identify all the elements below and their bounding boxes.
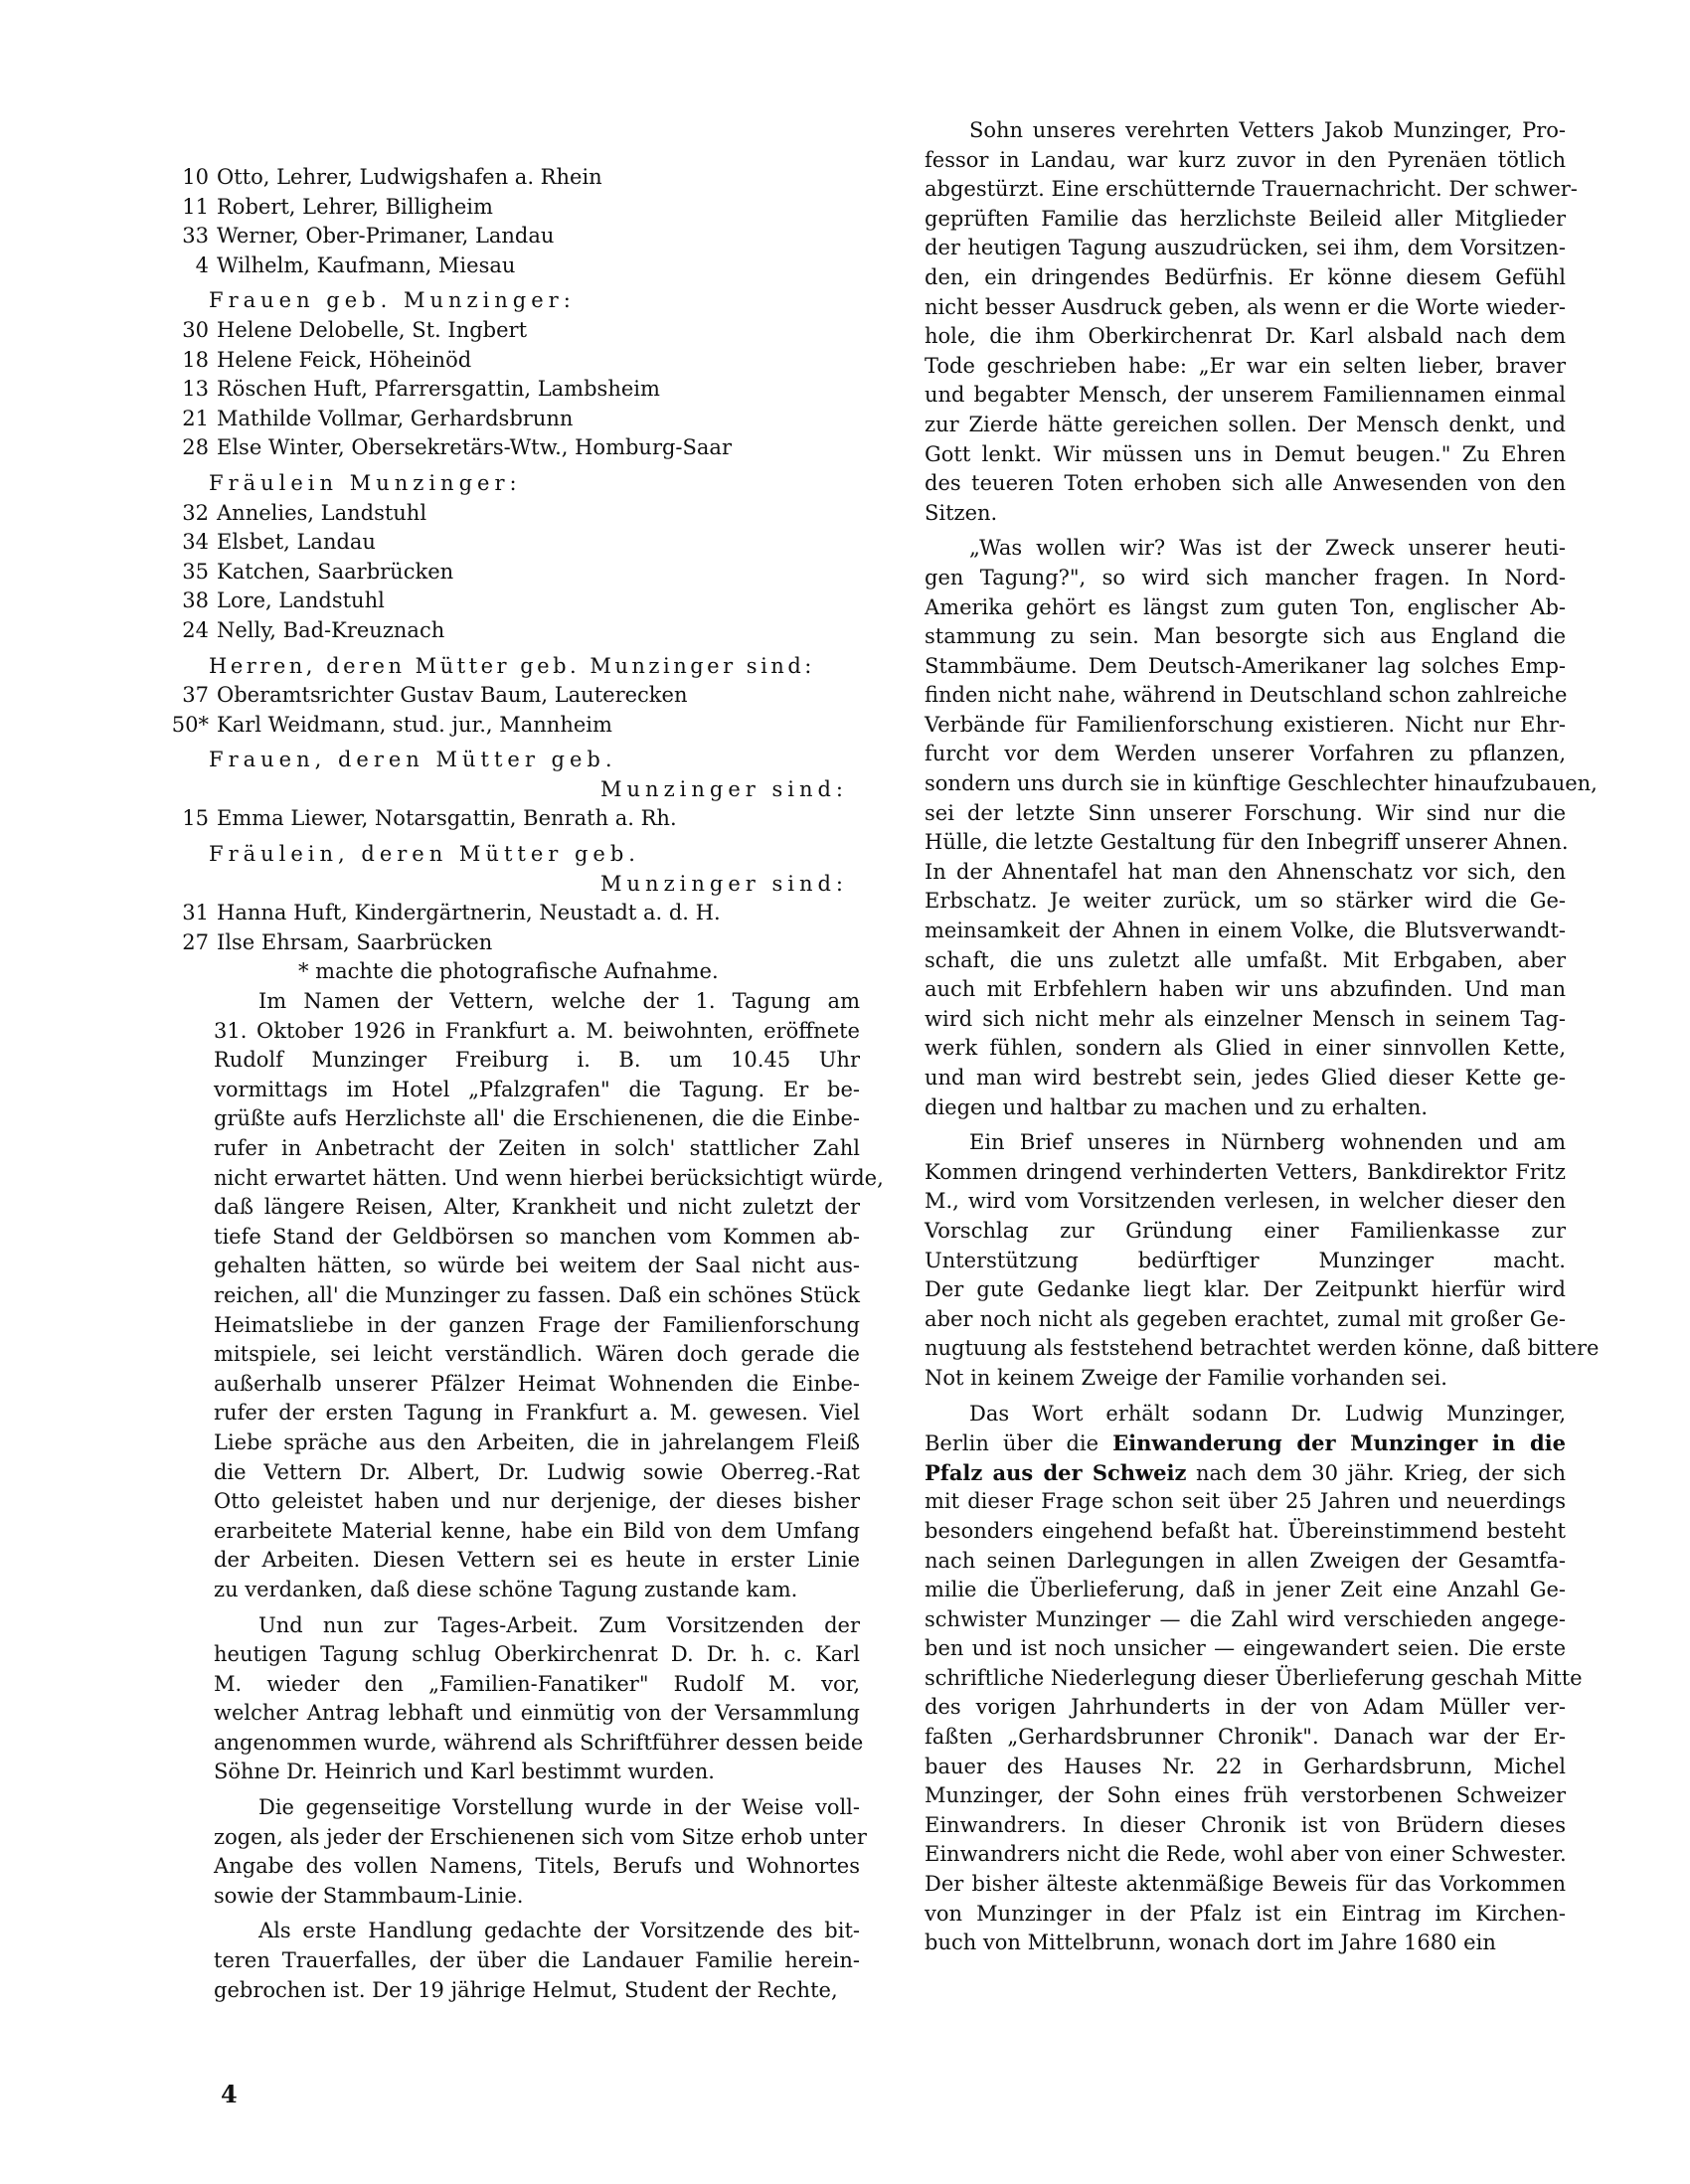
entry-number: 18 — [159, 346, 217, 376]
text-line: erarbeitete Material kenne, habe ein Bil… — [214, 1517, 860, 1547]
entry-number: 37 — [159, 681, 217, 711]
text-line: Tode geschrieben habe: „Er war ein selte… — [925, 352, 1566, 382]
text-line: welcher Antrag lebhaft und einmütig von … — [214, 1699, 860, 1729]
entry-text: Karl Weidmann, stud. jur., Mannheim — [217, 711, 860, 741]
text-line: schwister Munzinger — die Zahl wird vers… — [925, 1605, 1566, 1635]
entry-text: Werner, Ober-Primaner, Landau — [217, 222, 860, 252]
entry-number: 11 — [159, 193, 217, 223]
paragraph: Sohn unseres verehrten Vetters Jakob Mun… — [925, 116, 1566, 528]
text-line: vormittags im Hotel „Pfalzgrafen" die Ta… — [214, 1076, 860, 1105]
text-line: wird sich nicht mehr als einzelner Mensc… — [925, 1005, 1566, 1035]
text-line: rufer der ersten Tagung in Frankfurt a. … — [214, 1399, 860, 1428]
text-line: Die gegenseitige Vorstellung wurde in de… — [214, 1793, 860, 1823]
list-item: 50*Karl Weidmann, stud. jur., Mannheim — [159, 711, 860, 741]
text-line: zu verdanken, daß diese schöne Tagung zu… — [214, 1576, 860, 1605]
list-item: 4Wilhelm, Kaufmann, Miesau — [159, 252, 860, 281]
heading-frauen-muetter-cont: Munzinger sind: — [159, 775, 860, 805]
heading-herren: Herren, deren Mütter geb. Munzinger sind… — [159, 652, 860, 682]
member-list-daughters-women: 15Emma Liewer, Notarsgattin, Benrath a. … — [159, 804, 860, 834]
member-list-misses: 32Annelies, Landstuhl34Elsbet, Landau35K… — [159, 499, 860, 646]
paragraph: Das Wort erhält sodann Dr. Ludwig Munzin… — [925, 1400, 1566, 1958]
text-line: fessor in Landau, war kurz zuvor in den … — [925, 146, 1566, 176]
left-column: 10Otto, Lehrer, Ludwigshafen a. Rhein11R… — [159, 163, 860, 2005]
text-line: „Was wollen wir? Was ist der Zweck unser… — [925, 534, 1566, 564]
text-line: finden nicht nahe, während in Deutschlan… — [925, 681, 1566, 711]
entry-text: Hanna Huft, Kindergärtnerin, Neustadt a.… — [217, 899, 860, 928]
text-line: grüßte aufs Herzlichste all' die Erschie… — [214, 1104, 860, 1134]
entry-number: 27 — [159, 928, 217, 958]
text-line: Ein Brief unseres in Nürnberg wohnenden … — [925, 1128, 1566, 1158]
text-line: nicht erwartet hätten. Und wenn hierbei … — [214, 1164, 860, 1194]
text-line: Heimatsliebe in der ganzen Frage der Fam… — [214, 1311, 860, 1341]
entry-text: Emma Liewer, Notarsgattin, Benrath a. Rh… — [217, 804, 860, 834]
text-line: heutigen Tagung schlug Oberkirchenrat D.… — [214, 1640, 860, 1670]
text-line: Munzinger, der Sohn eines früh verstorbe… — [925, 1781, 1566, 1811]
list-item: 31Hanna Huft, Kindergärtnerin, Neustadt … — [159, 899, 860, 928]
paragraph: Im Namen der Vettern, welche der 1. Tagu… — [214, 987, 860, 1604]
text-line: Und nun zur Tages-Arbeit. Zum Vorsitzend… — [214, 1611, 860, 1641]
entry-number: 50* — [159, 711, 217, 741]
text-line: furcht vor dem Werden unserer Vorfahren … — [925, 740, 1566, 769]
text-line: Verbände für Familienforschung existiere… — [925, 711, 1566, 741]
text-line: angenommen wurde, während als Schriftfüh… — [214, 1729, 860, 1759]
entry-number: 33 — [159, 222, 217, 252]
entry-text: Otto, Lehrer, Ludwigshafen a. Rhein — [217, 163, 860, 193]
entry-text: Helene Delobelle, St. Ingbert — [217, 316, 860, 346]
text-line: aber noch nicht als gegeben erachtet, zu… — [925, 1305, 1566, 1335]
text-line: Im Namen der Vettern, welche der 1. Tagu… — [214, 987, 860, 1017]
text-line: gen Tagung?", so wird sich mancher frage… — [925, 564, 1566, 593]
text-line: nugtuung als feststehend betrachtet werd… — [925, 1334, 1566, 1364]
text-line: Pfalz aus der Schweiz nach dem 30 jähr. … — [925, 1458, 1566, 1488]
entry-number: 30 — [159, 316, 217, 346]
text-line: Otto geleistet haben und nur derjenige, … — [214, 1487, 860, 1517]
entry-number: 21 — [159, 405, 217, 434]
text-line: teren Trauerfalles, der über die Landaue… — [214, 1946, 860, 1976]
text-line: Vorschlag zur Gründung einer Familienkas… — [925, 1217, 1566, 1247]
text-line: Not in keinem Zweige der Familie vorhand… — [925, 1364, 1566, 1394]
entry-text: Nelly, Bad-Kreuznach — [217, 616, 860, 646]
text-line: sei der letzte Sinn unserer Forschung. W… — [925, 799, 1566, 829]
text-line: schaft, die uns zuletzt alle umfaßt. Mit… — [925, 946, 1566, 976]
paragraph: Als erste Handlung gedachte der Vorsitze… — [214, 1917, 860, 2005]
heading-frauen: Frauen geb. Munzinger: — [159, 286, 860, 316]
paragraph: Und nun zur Tages-Arbeit. Zum Vorsitzend… — [214, 1611, 860, 1788]
text-line: die Vettern Dr. Albert, Dr. Ludwig sowie… — [214, 1458, 860, 1488]
text-line: Söhne Dr. Heinrich und Karl bestimmt wur… — [214, 1758, 860, 1787]
entry-text: Katchen, Saarbrücken — [217, 558, 860, 588]
text-line: Sitzen. — [925, 499, 1566, 529]
text-line: gebrochen ist. Der 19 jährige Helmut, St… — [214, 1976, 860, 2006]
entry-text: Lore, Landstuhl — [217, 587, 860, 616]
text-line: bauer des Hauses Nr. 22 in Gerhardsbrunn… — [925, 1753, 1566, 1782]
text-line: nicht besser Ausdruck geben, als wenn er… — [925, 293, 1566, 323]
entry-text: Helene Feick, Höheinöd — [217, 346, 860, 376]
text-line: Das Wort erhält sodann Dr. Ludwig Munzin… — [925, 1400, 1566, 1429]
text-line: Kommen dringend verhinderten Vetters, Ba… — [925, 1158, 1566, 1188]
text-line: daß längere Reisen, Alter, Krankheit und… — [214, 1193, 860, 1223]
entry-number: 32 — [159, 499, 217, 529]
heading-fraeulein-muetter: Fräulein, deren Mütter geb. — [159, 840, 860, 870]
text-line: mitspiele, sei leicht verständlich. Wäre… — [214, 1340, 860, 1370]
entry-number: 24 — [159, 616, 217, 646]
text-line: der heutigen Tagung auszudrücken, sei ih… — [925, 234, 1566, 263]
heading-frauen-muetter: Frauen, deren Mütter geb. — [159, 746, 860, 775]
text-line: geprüften Familie das herzlichste Beilei… — [925, 205, 1566, 235]
text-line: von Munzinger in der Pfalz ist ein Eintr… — [925, 1900, 1566, 1930]
text-line: Einwandrers. In dieser Chronik ist von B… — [925, 1811, 1566, 1841]
text-line: schriftliche Niederlegung dieser Überlie… — [925, 1664, 1566, 1694]
text-line: M. wieder den „Familien-Fanatiker" Rudol… — [214, 1670, 860, 1700]
text-line: Angabe des vollen Namens, Titels, Berufs… — [214, 1852, 860, 1882]
entry-text: Else Winter, Obersekretärs-Wtw., Homburg… — [217, 433, 860, 463]
text-line: auch mit Erbfehlern haben wir uns abzufi… — [925, 975, 1566, 1005]
heading-fraeulein: Fräulein Munzinger: — [159, 469, 860, 499]
text-line: sowie der Stammbaum-Linie. — [214, 1882, 860, 1912]
text-line: zogen, als jeder der Erschienenen sich v… — [214, 1823, 860, 1853]
entry-number: 34 — [159, 528, 217, 558]
list-item: 10Otto, Lehrer, Ludwigshafen a. Rhein — [159, 163, 860, 193]
entry-text: Wilhelm, Kaufmann, Miesau — [217, 252, 860, 281]
text-line: mit dieser Frage schon seit über 25 Jahr… — [925, 1487, 1566, 1517]
list-item: 38Lore, Landstuhl — [159, 587, 860, 616]
list-item: 32Annelies, Landstuhl — [159, 499, 860, 529]
entry-text: Oberamtsrichter Gustav Baum, Lauterecken — [217, 681, 860, 711]
text-line: In der Ahnentafel hat man den Ahnenschat… — [925, 858, 1566, 888]
text-line: abgestürzt. Eine erschütternde Trauernac… — [925, 175, 1566, 205]
text-line: Als erste Handlung gedachte der Vorsitze… — [214, 1917, 860, 1946]
entry-text: Robert, Lehrer, Billigheim — [217, 193, 860, 223]
text-line: den, ein dringendes Bedürfnis. Er könne … — [925, 263, 1566, 293]
emphasized-title: Einwanderung der Munzinger in die — [1112, 1430, 1566, 1455]
entry-number: 4 — [159, 252, 217, 281]
heading-fraeulein-muetter-cont: Munzinger sind: — [159, 870, 860, 900]
entry-number: 13 — [159, 375, 217, 405]
text-line: buch von Mittelbrunn, wonach dort im Jah… — [925, 1929, 1566, 1958]
text-line: faßten „Gerhardsbrunner Chronik". Danach… — [925, 1723, 1566, 1753]
text-line: nach seinen Darlegungen in allen Zweigen… — [925, 1547, 1566, 1577]
left-body-text: Im Namen der Vettern, welche der 1. Tagu… — [159, 987, 860, 2005]
text-line: werk fühlen, sondern als Glied in einer … — [925, 1034, 1566, 1064]
text-line: Berlin über die Einwanderung der Munzing… — [925, 1428, 1566, 1458]
document-page: 10Otto, Lehrer, Ludwigshafen a. Rhein11R… — [0, 0, 1690, 2184]
text-line: der Arbeiten. Diesen Vettern sei es heut… — [214, 1546, 860, 1576]
list-item: 18Helene Feick, Höheinöd — [159, 346, 860, 376]
text-line: tiefe Stand der Geldbörsen so manchen vo… — [214, 1223, 860, 1253]
list-item: 21Mathilde Vollmar, Gerhardsbrunn — [159, 405, 860, 434]
list-item: 24Nelly, Bad-Kreuznach — [159, 616, 860, 646]
member-list-daughters-misses: 31Hanna Huft, Kindergärtnerin, Neustadt … — [159, 899, 860, 957]
text-line: Gott lenkt. Wir müssen uns in Demut beug… — [925, 440, 1566, 470]
text-line: Sohn unseres verehrten Vetters Jakob Mun… — [925, 116, 1566, 146]
list-item: 35Katchen, Saarbrücken — [159, 558, 860, 588]
list-item: 33Werner, Ober-Primaner, Landau — [159, 222, 860, 252]
text-line: und begabter Mensch, der unserem Familie… — [925, 381, 1566, 411]
paragraph: „Was wollen wir? Was ist der Zweck unser… — [925, 534, 1566, 1122]
text-line: M., wird vom Vorsitzenden verlesen, in w… — [925, 1187, 1566, 1217]
paragraph: Ein Brief unseres in Nürnberg wohnenden … — [925, 1128, 1566, 1393]
text-line: Unterstützung bedürftiger Munzinger mach… — [925, 1247, 1566, 1276]
list-item: 13Röschen Huft, Pfarrersgattin, Lambshei… — [159, 375, 860, 405]
text-line: Rudolf Munzinger Freiburg i. B. um 10.45… — [214, 1046, 860, 1076]
text-line: außerhalb unserer Pfälzer Heimat Wohnend… — [214, 1370, 860, 1400]
entry-text: Mathilde Vollmar, Gerhardsbrunn — [217, 405, 860, 434]
text-line: besonders eingehend befaßt hat. Übereins… — [925, 1517, 1566, 1547]
right-column: Sohn unseres verehrten Vetters Jakob Mun… — [925, 116, 1566, 1958]
text-line: ben und ist noch unsicher — eingewandert… — [925, 1634, 1566, 1664]
right-body-text: Sohn unseres verehrten Vetters Jakob Mun… — [925, 116, 1566, 1958]
member-list-women: 30Helene Delobelle, St. Ingbert18Helene … — [159, 316, 860, 463]
text-line: stammung zu sein. Man besorgte sich aus … — [925, 622, 1566, 652]
text-line: Amerika gehört es längst zum guten Ton, … — [925, 593, 1566, 623]
entry-number: 15 — [159, 804, 217, 834]
emphasized-title: Pfalz aus der Schweiz — [925, 1460, 1186, 1485]
entry-text: Elsbet, Landau — [217, 528, 860, 558]
text-line: Erbschatz. Je weiter zurück, um so stärk… — [925, 887, 1566, 917]
entry-text: Röschen Huft, Pfarrersgattin, Lambsheim — [217, 375, 860, 405]
text-line: hole, die ihm Oberkirchenrat Dr. Karl al… — [925, 322, 1566, 352]
text-line: Stammbäume. Dem Deutsch-Amerikaner lag s… — [925, 652, 1566, 682]
entry-number: 28 — [159, 433, 217, 463]
text-line: 31. Oktober 1926 in Frankfurt a. M. beiw… — [214, 1017, 860, 1047]
text-line: Der bisher älteste aktenmäßige Beweis fü… — [925, 1870, 1566, 1900]
text-line: des vorigen Jahrhunderts in der von Adam… — [925, 1693, 1566, 1723]
entry-number: 31 — [159, 899, 217, 928]
text-line: und man wird bestrebt sein, jedes Glied … — [925, 1064, 1566, 1093]
list-item: 11Robert, Lehrer, Billigheim — [159, 193, 860, 223]
text-line: milie die Überlieferung, daß in jener Ze… — [925, 1576, 1566, 1605]
entry-text: Ilse Ehrsam, Saarbrücken — [217, 928, 860, 958]
list-item: 15Emma Liewer, Notarsgattin, Benrath a. … — [159, 804, 860, 834]
text-line: des teueren Toten erhoben sich alle Anwe… — [925, 469, 1566, 499]
entry-number: 38 — [159, 587, 217, 616]
text-line: gehalten hätten, so würde bei weitem der… — [214, 1252, 860, 1281]
entry-number: 10 — [159, 163, 217, 193]
list-item: 27Ilse Ehrsam, Saarbrücken — [159, 928, 860, 958]
text-line: rufer in Anbetracht der Zeiten in solch'… — [214, 1134, 860, 1164]
text-line: reichen, all' die Munzinger zu fassen. D… — [214, 1281, 860, 1311]
list-item: 34Elsbet, Landau — [159, 528, 860, 558]
page-number: 4 — [221, 2080, 238, 2108]
text-line: meinsamkeit der Ahnen in einem Volke, di… — [925, 917, 1566, 946]
member-list-men: 10Otto, Lehrer, Ludwigshafen a. Rhein11R… — [159, 163, 860, 280]
text-line: Liebe spräche aus den Arbeiten, die in j… — [214, 1428, 860, 1458]
list-item: 37Oberamtsrichter Gustav Baum, Lautereck… — [159, 681, 860, 711]
entry-text: Annelies, Landstuhl — [217, 499, 860, 529]
text-line: Der gute Gedanke liegt klar. Der Zeitpun… — [925, 1275, 1566, 1305]
text-line: Hülle, die letzte Gestaltung für den Inb… — [925, 828, 1566, 858]
member-list-sons: 37Oberamtsrichter Gustav Baum, Lautereck… — [159, 681, 860, 740]
text-line: sondern uns durch sie in künftige Geschl… — [925, 769, 1566, 799]
text-line: Einwandrers nicht die Rede, wohl aber vo… — [925, 1840, 1566, 1870]
photo-footnote: * machte die photografische Aufnahme. — [159, 957, 860, 987]
list-item: 30Helene Delobelle, St. Ingbert — [159, 316, 860, 346]
paragraph: Die gegenseitige Vorstellung wurde in de… — [214, 1793, 860, 1911]
entry-number: 35 — [159, 558, 217, 588]
text-line: zur Zierde hätte gereichen sollen. Der M… — [925, 411, 1566, 440]
text-line: diegen und haltbar zu machen und zu erha… — [925, 1093, 1566, 1123]
list-item: 28Else Winter, Obersekretärs-Wtw., Hombu… — [159, 433, 860, 463]
